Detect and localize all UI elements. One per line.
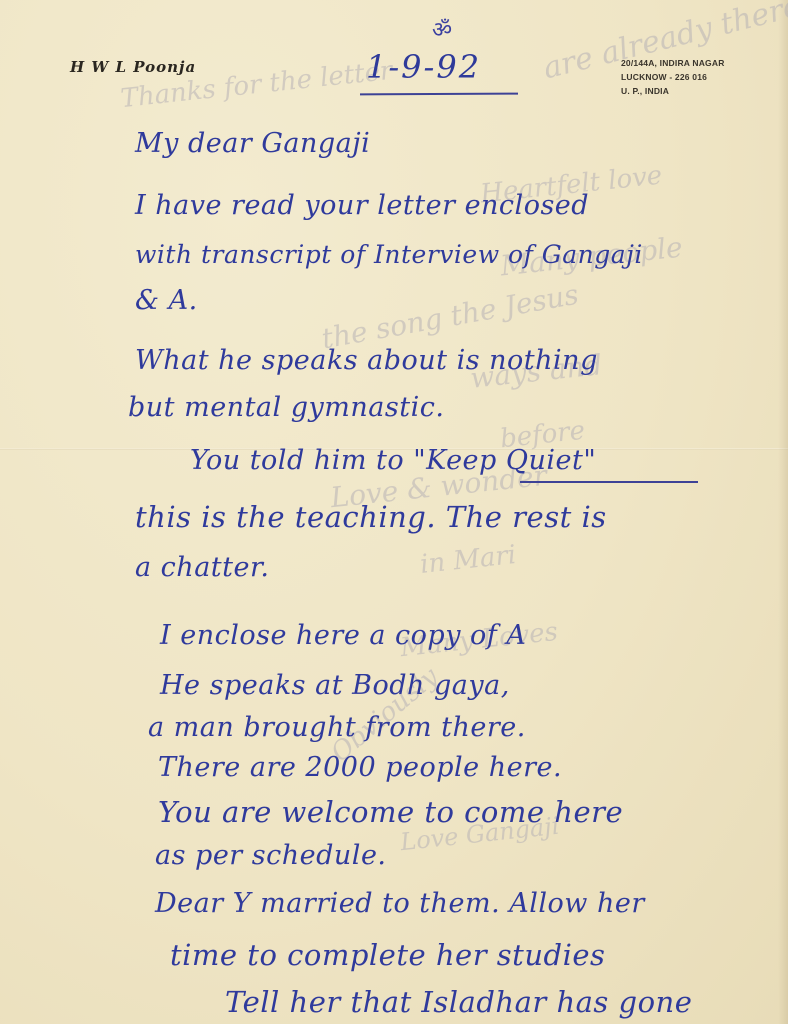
letter-line: time to complete her studies xyxy=(170,938,605,972)
letter-line: this is the teaching. The rest is xyxy=(135,500,607,534)
bleed-through-text: in Mari xyxy=(419,540,518,580)
letter-line: Dear Y married to them. Allow her xyxy=(155,888,645,919)
address-line: LUCKNOW - 226 016 xyxy=(621,70,725,84)
letter-line: He speaks at Bodh gaya, xyxy=(160,670,510,701)
letter-line: Tell her that Isladhar has gone xyxy=(225,985,692,1019)
letter-line: You are welcome to come here xyxy=(158,795,623,829)
salutation: My dear Gangaji xyxy=(135,128,370,159)
address-line: U. P., INDIA xyxy=(621,84,725,98)
letter-page: Thanks for the letter are already there … xyxy=(0,0,788,1024)
letter-line: There are 2000 people here. xyxy=(158,752,562,783)
date-underline xyxy=(360,93,518,96)
letter-date: 1-9-92 xyxy=(366,48,481,86)
letterhead-name: H W L Poonja xyxy=(70,58,196,76)
letter-line: I have read your letter enclosed xyxy=(135,190,589,221)
letter-line: What he speaks about is nothing xyxy=(135,345,598,376)
letter-line: with transcript of Interview of Gangaji xyxy=(135,240,643,269)
letter-line: a chatter. xyxy=(135,552,270,583)
letter-line: but mental gymnastic. xyxy=(128,392,444,423)
paper-edge-shadow xyxy=(778,0,788,1024)
bleed-through-text: the song the Jesus xyxy=(319,278,581,356)
keep-quiet-underline xyxy=(520,481,698,483)
letter-line: I enclose here a copy of A xyxy=(160,620,526,651)
letterhead-address: 20/144A, INDIRA NAGAR LUCKNOW - 226 016 … xyxy=(621,56,725,98)
om-symbol: ॐ xyxy=(432,14,452,44)
letter-line: You told him to "Keep Quiet" xyxy=(190,445,596,476)
address-line: 20/144A, INDIRA NAGAR xyxy=(621,56,725,70)
letter-line: & A. xyxy=(135,285,198,316)
letter-line: as per schedule. xyxy=(155,840,387,871)
letter-line: a man brought from there. xyxy=(148,712,526,743)
